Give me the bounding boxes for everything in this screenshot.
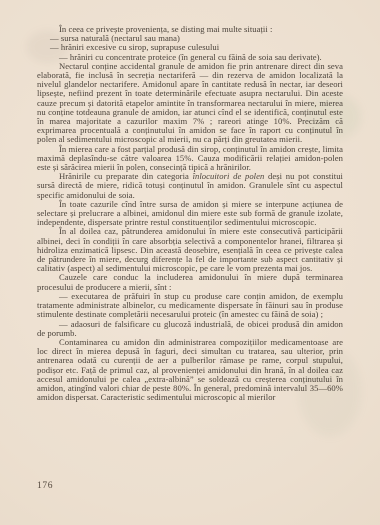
page-number: 176 [37, 481, 53, 491]
paragraph-bee-selection: În toate cazurile cînd între sursa de am… [37, 200, 343, 228]
paragraph-nectar-starch: Nectarul conține accidental granule de a… [37, 62, 343, 145]
list-item-hive-dusting: — executarea de prăfuiri în stup cu prod… [37, 292, 343, 320]
paragraph-second-case: În al doilea caz, pătrunderea amidonului… [37, 227, 343, 273]
paragraph-causes-intro: Cauzele care conduc la includerea amidon… [37, 273, 343, 291]
paragraph-syrup-honey: În mierea care a fost parțial produsă di… [37, 145, 343, 173]
paragraph-pollen-substitutes: Hrănirile cu preparate din categoria înl… [37, 172, 343, 200]
scanned-book-page: În ceea ce privește proveniența, se dist… [0, 0, 380, 525]
list-item-adulteration: — adaosuri de falsificare cu glucoză ind… [37, 320, 343, 338]
paragraph-contamination: Contaminarea cu amidon din administrarea… [37, 338, 343, 402]
body-text: În ceea ce privește proveniența, se dist… [37, 25, 343, 402]
